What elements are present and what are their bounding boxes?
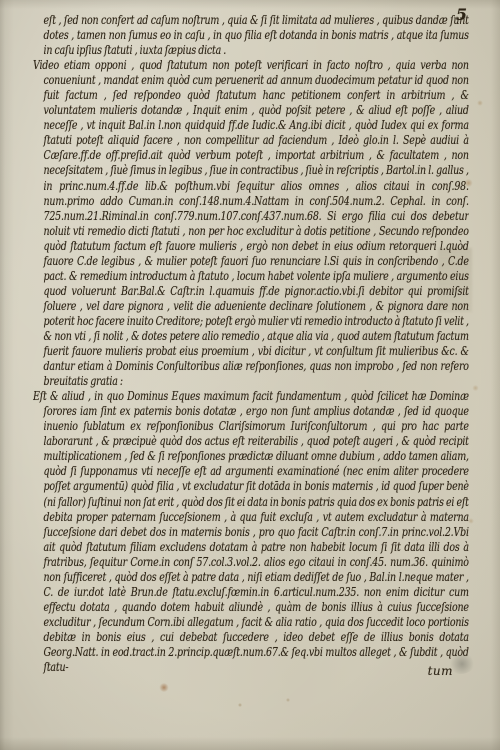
foxing-stain [472,385,479,391]
foxing-stain [468,518,474,524]
paragraph: Eſt & aliud , in quo Dominus Eques maxim… [33,389,469,675]
paragraph: Video etiam opponi , quod ſtatutum non p… [33,58,469,389]
text-block: eſt , ſed non confert ad caſum noſtrum ,… [33,13,469,689]
paragraph: eſt , ſed non confert ad caſum noſtrum ,… [33,13,469,58]
scanned-book-page: 5 eſt , ſed non confert ad caſum noſtrum… [0,0,500,750]
foxing-stain [477,100,483,106]
foxing-stain [238,703,242,707]
foxing-stain [286,698,290,702]
catchword: tum [428,664,453,678]
